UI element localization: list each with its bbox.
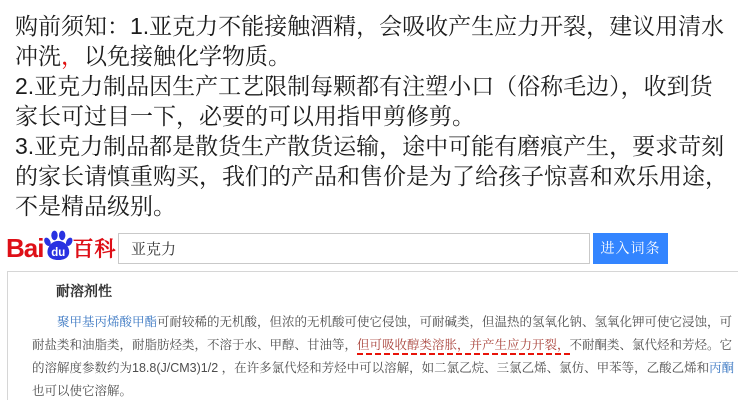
- purchase-notice: 购前须知：1.亚克力不能接触酒精，会吸收产生应力开裂，建议用清水冲洗，以免接触化…: [15, 11, 733, 221]
- enter-entry-button[interactable]: 进入词条: [593, 233, 668, 264]
- article-paragraph: 聚甲基丙烯酸甲酯可耐较稀的无机酸，但浓的无机酸可使它侵蚀，可耐碱类，但温热的氢氧…: [32, 311, 739, 400]
- highlighted-warning-text: 但可吸收醇类溶胀，并产生应力开裂，: [357, 338, 570, 355]
- notice-paragraph-3: 3.亚克力制品都是散货生产散货运输，途中可能有磨痕产生，要求苛刻的家长请慎重购买…: [15, 131, 733, 221]
- notice-text: 以免接触化学物质。: [84, 43, 291, 69]
- logo-text-du: du: [52, 247, 66, 259]
- baidu-paw-icon: du: [42, 229, 74, 261]
- page: { "notice": { "para1_before": "购前须知：1.亚克…: [0, 0, 750, 400]
- logo-text-bai: Bai: [6, 233, 43, 264]
- search-input[interactable]: [118, 233, 590, 264]
- red-comma: ，: [61, 43, 84, 69]
- logo-wordmark-baike: 百科: [72, 233, 116, 263]
- link-acetone[interactable]: 丙酮: [709, 361, 734, 375]
- section-heading: 耐溶剂性: [56, 281, 738, 301]
- baike-article-section: 耐溶剂性 聚甲基丙烯酸甲酯可耐较稀的无机酸，但浓的无机酸可使它侵蚀，可耐碱类，但…: [7, 271, 738, 400]
- notice-paragraph-2: 2.亚克力制品因生产工艺限制每颗都有注塑小口（俗称毛边），收到货家长可过目一下，…: [15, 71, 733, 131]
- baidu-baike-logo[interactable]: Bai du 百科: [6, 233, 118, 264]
- baike-search-bar: Bai du 百科 进入词条: [6, 231, 668, 265]
- link-pmma[interactable]: 聚甲基丙烯酸甲酯: [57, 315, 157, 329]
- article-text: 也可以使它溶解。: [32, 384, 132, 398]
- notice-paragraph-1: 购前须知：1.亚克力不能接触酒精，会吸收产生应力开裂，建议用清水冲洗，以免接触化…: [15, 11, 733, 71]
